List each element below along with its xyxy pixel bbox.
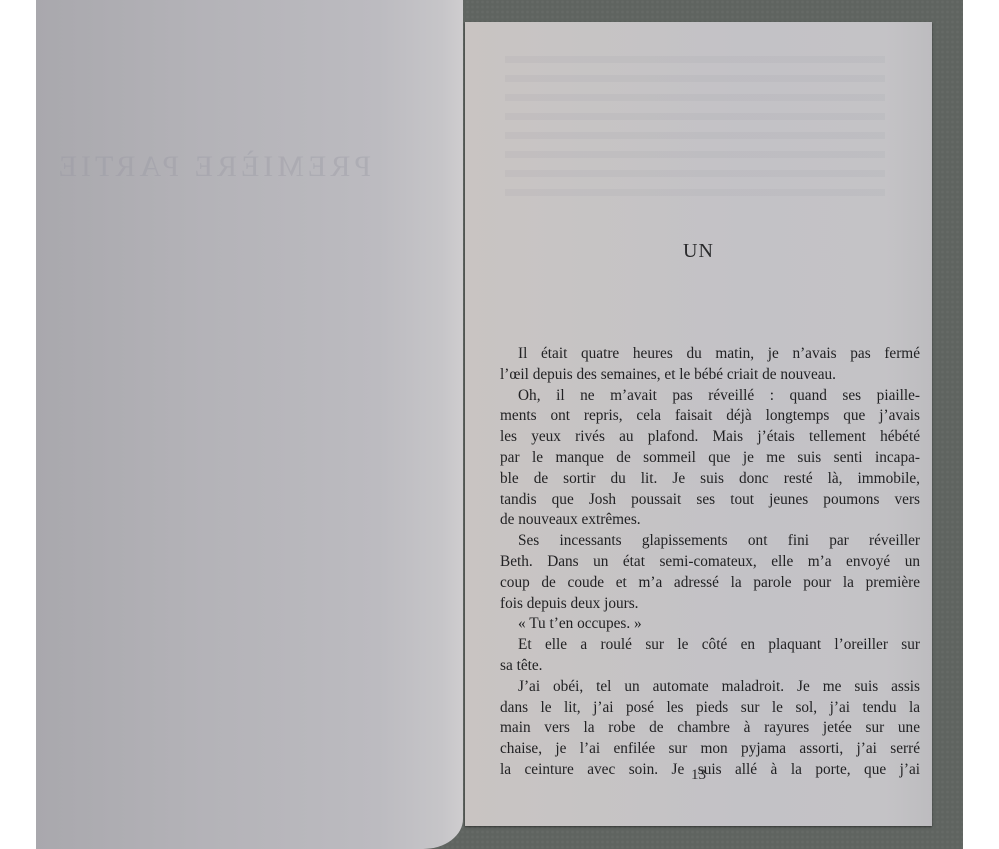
text-line: chaise, je l’ai enfilée sur mon pyjama a… bbox=[500, 739, 920, 760]
text-line: main vers la robe de chambre à rayures j… bbox=[500, 718, 920, 739]
text-line: tandis que Josh poussait ses tout jeunes… bbox=[500, 490, 920, 511]
text-line: J’ai obéi, tel un automate maladroit. Je… bbox=[500, 677, 920, 698]
text-line: les yeux rivés au plafond. Mais j’étais … bbox=[500, 427, 920, 448]
text-line: Beth. Dans un état semi-comateux, elle m… bbox=[500, 552, 920, 573]
page-number: 13 bbox=[465, 767, 932, 784]
text-line: l’œil depuis des semaines, et le bébé cr… bbox=[500, 365, 920, 386]
text-line: coup de coude et m’a adressé la parole p… bbox=[500, 573, 920, 594]
text-line: par le manque de sommeil que je me suis … bbox=[500, 448, 920, 469]
left-page: PREMIÈRE PARTIE bbox=[36, 0, 463, 849]
text-line: Et elle a roulé sur le côté en plaquant … bbox=[500, 635, 920, 656]
book-photo: PREMIÈRE PARTIE UN Il était quatre heure… bbox=[36, 0, 963, 849]
text-line: ble de sortir du lit. Je suis donc resté… bbox=[500, 469, 920, 490]
text-line: Ses incessants glapissements ont fini pa… bbox=[500, 531, 920, 552]
text-line: Oh, il ne m’avait pas réveillé : quand s… bbox=[500, 386, 920, 407]
right-page: UN Il était quatre heures du matin, je n… bbox=[465, 22, 932, 826]
text-line: de nouveaux extrêmes. bbox=[500, 510, 920, 531]
text-line: dans le lit, j’ai posé les pieds sur le … bbox=[500, 698, 920, 719]
chapter-title: UN bbox=[465, 240, 932, 263]
show-through-lines bbox=[505, 44, 885, 204]
text-line: ments ont repris, cela faisait déjà long… bbox=[500, 406, 920, 427]
text-line: sa tête. bbox=[500, 656, 920, 677]
body-text: Il était quatre heures du matin, je n’av… bbox=[500, 344, 920, 781]
text-line: fois depuis deux jours. bbox=[500, 594, 920, 615]
text-line: Il était quatre heures du matin, je n’av… bbox=[500, 344, 920, 365]
show-through-text: PREMIÈRE PARTIE bbox=[111, 150, 371, 184]
text-line: « Tu t’en occupes. » bbox=[500, 614, 920, 635]
